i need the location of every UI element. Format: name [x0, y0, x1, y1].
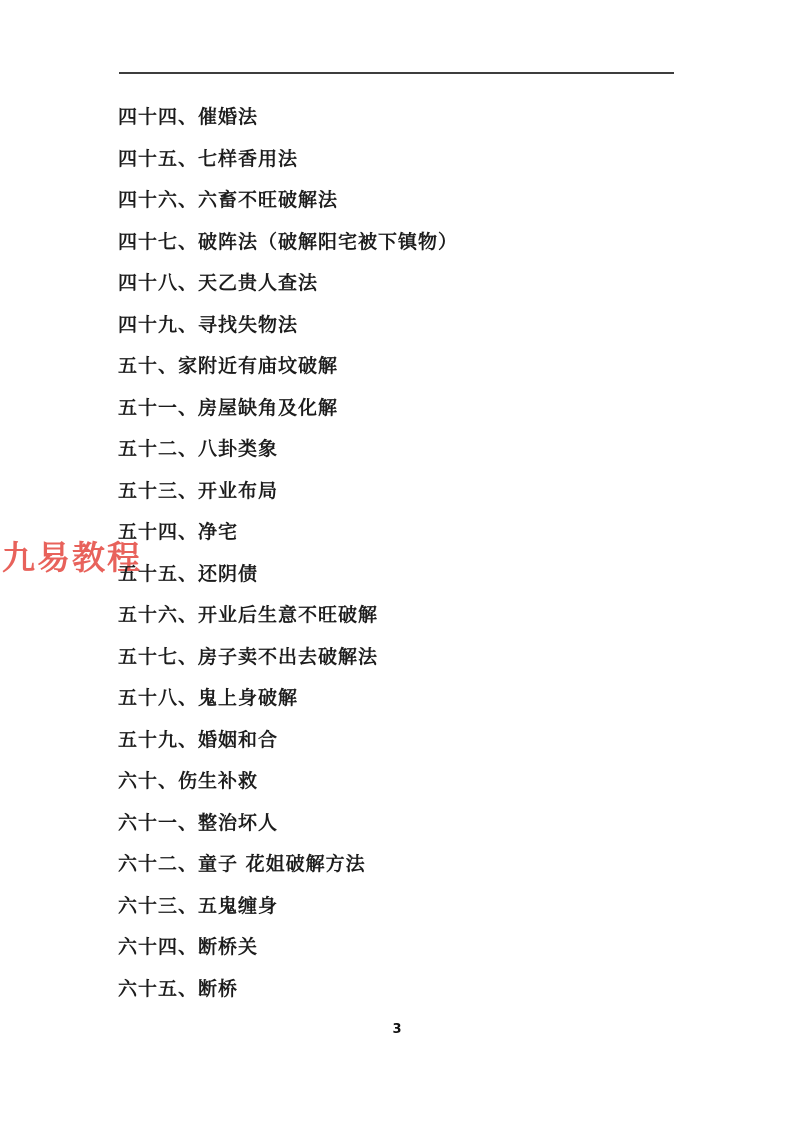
toc-item: 五十九、婚姻和合	[118, 718, 458, 760]
toc-item: 五十、家附近有庙坟破解	[118, 344, 458, 386]
toc-item: 六十、伤生补救	[118, 759, 458, 801]
toc-item: 四十六、六畜不旺破解法	[118, 178, 458, 220]
toc-item: 五十五、还阴债	[118, 552, 458, 594]
toc-item: 五十二、八卦类象	[118, 427, 458, 469]
toc-item: 六十四、断桥关	[118, 925, 458, 967]
toc-item: 五十四、净宅	[118, 510, 458, 552]
toc-item: 五十一、房屋缺角及化解	[118, 386, 458, 428]
toc-item: 五十七、房子卖不出去破解法	[118, 635, 458, 677]
toc-item: 四十七、破阵法（破解阳宅被下镇物）	[118, 220, 458, 262]
toc-item: 五十六、开业后生意不旺破解	[118, 593, 458, 635]
toc-item: 六十二、童子 花姐破解方法	[118, 842, 458, 884]
toc-item: 四十五、七样香用法	[118, 137, 458, 179]
toc-item: 四十八、天乙贵人查法	[118, 261, 458, 303]
page-number: 3	[0, 1022, 794, 1037]
toc-list: 四十四、催婚法 四十五、七样香用法 四十六、六畜不旺破解法 四十七、破阵法（破解…	[118, 95, 458, 1008]
toc-item: 六十三、五鬼缠身	[118, 884, 458, 926]
toc-item: 四十九、寻找失物法	[118, 303, 458, 345]
toc-item: 六十五、断桥	[118, 967, 458, 1009]
toc-item: 五十八、鬼上身破解	[118, 676, 458, 718]
toc-item: 六十一、整治坏人	[118, 801, 458, 843]
document-page: 九易教程 四十四、催婚法 四十五、七样香用法 四十六、六畜不旺破解法 四十七、破…	[0, 0, 794, 1123]
toc-item: 五十三、开业布局	[118, 469, 458, 511]
header-rule	[119, 72, 674, 74]
toc-item: 四十四、催婚法	[118, 95, 458, 137]
